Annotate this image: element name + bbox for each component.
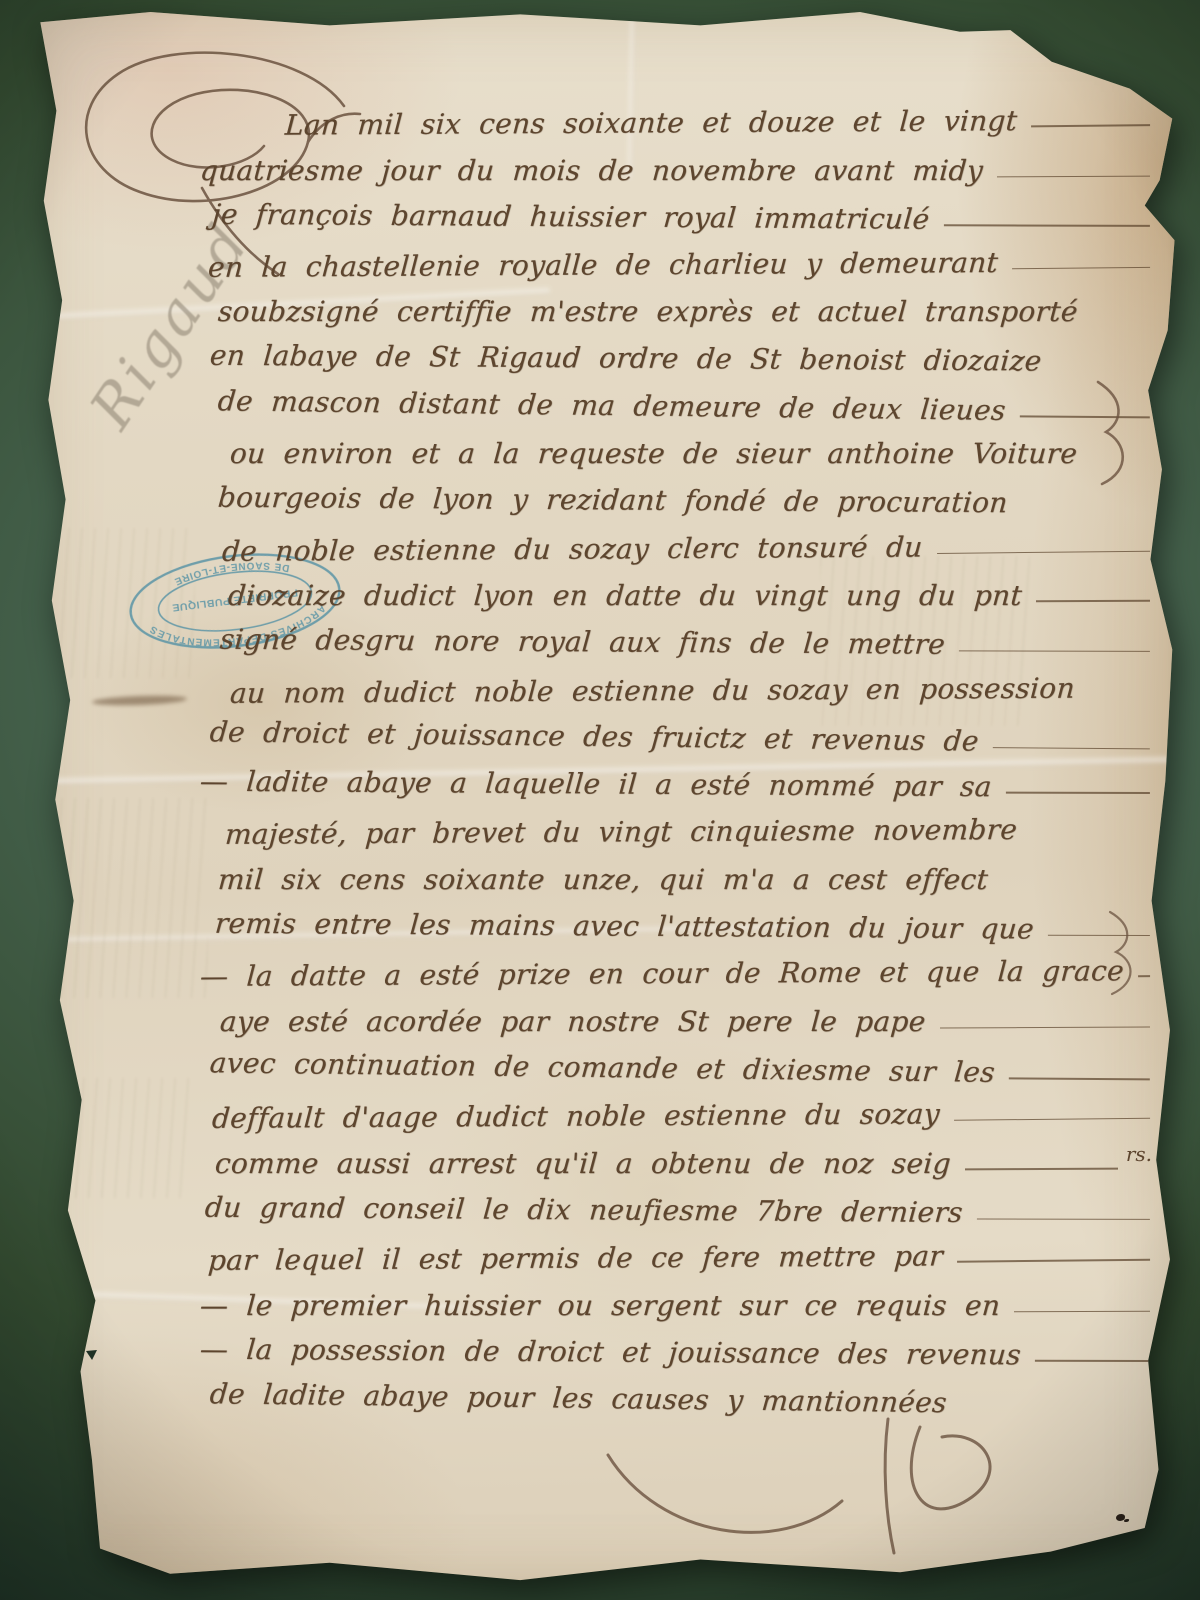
manuscript-line-text: de noble estienne du sozay clerc tonsuré…	[221, 531, 924, 568]
verso-show-through	[48, 798, 208, 998]
manuscript-line: majesté, par brevet du vingt cinquiesme …	[225, 799, 1152, 852]
line-filler-stroke	[993, 747, 1150, 749]
manuscript-line-text: ou environ et a la requeste de sieur ant…	[229, 437, 1079, 470]
manuscript-line-text: — la datte a esté prize en cour de Rome …	[199, 955, 1125, 994]
manuscript-line: diozaize dudict lyon en datte du vingt u…	[228, 565, 1152, 612]
line-filler-stroke	[943, 224, 1149, 227]
manuscript-line-text: du grand conseil le dix neufiesme 7bre d…	[204, 1191, 964, 1229]
manuscript-line: — la datte a esté prize en cour de Rome …	[200, 940, 1152, 993]
manuscript-line-text: quatriesme jour du mois de novembre avan…	[199, 154, 984, 187]
line-filler-stroke	[937, 551, 1150, 554]
manuscript-line: du grand conseil le dix neufiesme 7bre d…	[205, 1177, 1152, 1231]
manuscript-line-text: — le premier huissier ou sergent sur ce …	[199, 1289, 1002, 1322]
line-filler-stroke	[1012, 267, 1150, 269]
manuscript-line-text: comme aussi arrest qu'il a obtenu de noz…	[214, 1147, 952, 1180]
line-filler-stroke	[1031, 124, 1150, 127]
manuscript-line: par lequel il est permis de ce fere mett…	[208, 1224, 1152, 1277]
manuscript-line: — ladite abaye a laquelle il a esté nomm…	[200, 751, 1152, 805]
manuscript-line: comme aussi arrest qu'il a obtenu de noz…	[215, 1133, 1152, 1180]
manuscript-line: bourgeois de lyon y rezidant fondé de pr…	[218, 467, 1152, 521]
manuscript-line: au nom dudict noble estienne du sozay en…	[230, 657, 1152, 710]
photographed-manuscript-scene: { "colors": { "backdrop_green": "#3f5a47…	[0, 0, 1200, 1600]
manuscript-line: mil six cens soixante unze, qui m'a a ce…	[218, 849, 1152, 896]
manuscript-line-text: de mascon distant de ma demeure de deux …	[217, 384, 1007, 427]
right-margin-flourish-icon	[1088, 376, 1134, 491]
manuscript-line-text: diozaize dudict lyon en datte du vingt u…	[227, 579, 1023, 612]
ink-smudge	[92, 694, 187, 706]
right-margin-flourish-icon	[1102, 908, 1142, 998]
manuscript-line: remis entre les mains avec l'attestation…	[215, 893, 1152, 947]
manuscript-line: signé desgru nore royal aux fins de le m…	[220, 609, 1152, 663]
manuscript-line-text: mil six cens soixante unze, qui m'a a ce…	[217, 863, 989, 896]
line-filler-stroke	[977, 1219, 1150, 1220]
manuscript-line-text: par lequel il est permis de ce fere mett…	[207, 1240, 944, 1278]
manuscript-text: Lan mil six cens soixante et douze et le…	[200, 92, 1152, 1416]
line-filler-stroke	[940, 1026, 1150, 1028]
manuscript-paper-sheet: Rigaud ARCHIVES DÉPARTEMENTALES DE SAÔNE…	[30, 8, 1178, 1588]
manuscript-line-text: — ladite abaye a laquelle il a esté nomm…	[199, 765, 993, 804]
line-filler-stroke	[957, 1259, 1150, 1263]
manuscript-line: Lan mil six cens soixante et douze et le…	[285, 89, 1152, 142]
manuscript-line: de mascon distant de ma demeure de deux …	[218, 370, 1153, 429]
manuscript-line: de noble estienne du sozay clerc tonsuré…	[222, 515, 1152, 568]
line-filler-stroke	[954, 1118, 1150, 1121]
line-filler-stroke	[959, 651, 1150, 652]
manuscript-line: deffault d'aage dudict noble estienne du…	[212, 1082, 1152, 1135]
line-filler-stroke	[1035, 1360, 1150, 1362]
line-filler-stroke	[1009, 1078, 1150, 1081]
paper-hole	[86, 1350, 97, 1360]
manuscript-line-text: bourgeois de lyon y rezidant fondé de pr…	[217, 481, 1009, 519]
manuscript-line-text: avec continuation de comande et dixiesme…	[209, 1046, 997, 1089]
manuscript-line: quatriesme jour du mois de novembre avan…	[200, 139, 1152, 186]
ink-speck	[1116, 1514, 1125, 1521]
manuscript-line: soubzsigné certiffie m'estre exprès et a…	[218, 281, 1152, 328]
manuscript-line: en la chastellenie royalle de charlieu y…	[208, 231, 1152, 284]
manuscript-line-text: majesté, par brevet du vingt cinquiesme …	[224, 814, 1018, 852]
manuscript-line: ou environ et a la requeste de sieur ant…	[230, 423, 1152, 470]
manuscript-line-text: remis entre les mains avec l'attestation…	[214, 907, 1036, 946]
manuscript-line-text: je françois barnaud huissier royal immat…	[211, 198, 931, 236]
manuscript-line-text: deffault d'aage dudict noble estienne du…	[211, 1098, 941, 1135]
line-filler-stroke	[997, 175, 1150, 177]
manuscript-line-text: en la chastellenie royalle de charlieu y…	[207, 246, 999, 284]
closing-flourish-icon	[590, 1413, 1020, 1563]
manuscript-line-text: signé desgru nore royal aux fins de le m…	[219, 623, 947, 661]
line-filler-stroke	[1014, 1310, 1150, 1312]
verso-show-through	[70, 1078, 190, 1198]
manuscript-line: aye esté acordée par nostre St pere le p…	[220, 991, 1152, 1038]
line-filler-stroke	[1036, 600, 1150, 602]
line-filler-stroke	[1006, 792, 1150, 794]
line-filler-stroke	[965, 1167, 1118, 1170]
manuscript-line-text: soubzsigné certiffie m'estre exprès et a…	[217, 295, 1079, 328]
manuscript-line: — le premier huissier ou sergent sur ce …	[200, 1274, 1152, 1321]
manuscript-line: je françois barnaud huissier royal immat…	[212, 183, 1152, 237]
manuscript-line-text: Lan mil six cens soixante et douze et le…	[284, 104, 1018, 141]
document-photo: Rigaud ARCHIVES DÉPARTEMENTALES DE SAÔNE…	[0, 0, 1200, 1600]
manuscript-line-superscript: rs.	[1126, 1142, 1152, 1166]
